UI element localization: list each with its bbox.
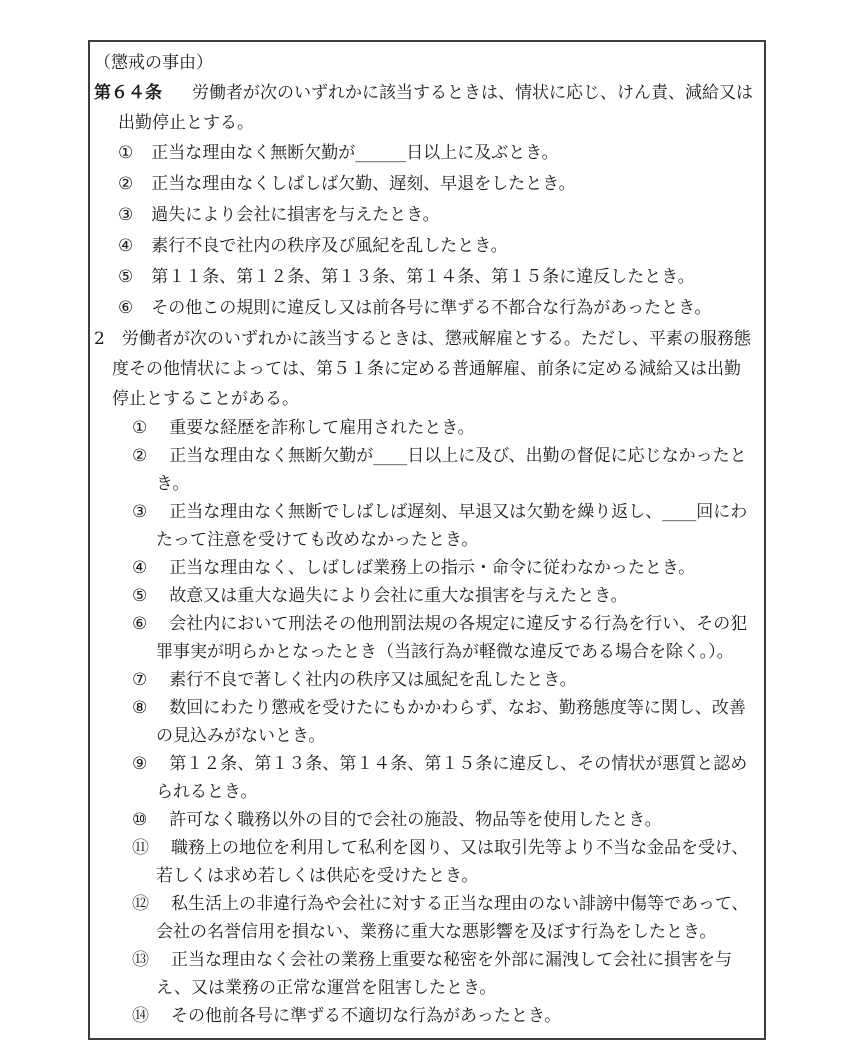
item-text: 正当な理由なくしばしば欠勤、遅刻、早退をしたとき。 xyxy=(151,174,575,194)
item-number: ⑦ xyxy=(132,670,147,690)
item-text: 許可なく職務以外の目的で会社の施設、物品等を使用したとき。 xyxy=(169,810,661,830)
item-text: 故意又は重大な過失により会社に重大な損害を与えたとき。 xyxy=(169,586,627,606)
item-number: ⑥ xyxy=(132,614,147,634)
section-heading: （懲戒の事由） xyxy=(94,48,756,78)
item-number: ① xyxy=(118,143,133,163)
clause-item: ③正当な理由なく無断でしばしば遅刻、早退又は欠勤を繰り返し、____回にわたって… xyxy=(94,498,756,554)
paragraph-number: 2 xyxy=(94,329,105,349)
clause-item: ②正当な理由なくしばしば欠勤、遅刻、早退をしたとき。 xyxy=(94,169,756,200)
article-number: 第６４条 xyxy=(94,83,162,103)
item-number: ⑤ xyxy=(118,267,133,287)
work-rules-box: （懲戒の事由） 第６４条労働者が次のいずれかに該当するときは、情状に応じ、けん責… xyxy=(88,40,766,1040)
item-text: 正当な理由なく、しばしば業務上の指示・命令に従わなかったとき。 xyxy=(169,558,695,578)
item-text: 素行不良で著しく社内の秩序又は風紀を乱したとき。 xyxy=(169,670,576,690)
item-number: ⑧ xyxy=(132,698,147,718)
item-text: 重要な経歴を詐称して雇用されたとき。 xyxy=(169,418,474,438)
clause-item: ⑤第１１条、第１２条、第１３条、第１４条、第１５条に違反したとき。 xyxy=(94,262,756,293)
item-number: ⑪ xyxy=(132,838,149,858)
item-text: 正当な理由なく無断欠勤が____日以上に及び、出勤の督促に応じなかったとき。 xyxy=(156,446,747,494)
clause-item: ②正当な理由なく無断欠勤が____日以上に及び、出勤の督促に応じなかったとき。 xyxy=(94,442,756,498)
item-text: 過失により会社に損害を与えたとき。 xyxy=(151,205,439,225)
clause-item: ⑥会社内において刑法その他刑罰法規の各規定に違反する行為を行い、その犯罪事実が明… xyxy=(94,610,756,666)
paragraph2-item-list: ①重要な経歴を詐称して雇用されたとき。 ②正当な理由なく無断欠勤が____日以上… xyxy=(94,414,756,1030)
clause-item: ①重要な経歴を詐称して雇用されたとき。 xyxy=(94,414,756,442)
clause-item: ⑬正当な理由なく会社の業務上重要な秘密を外部に漏洩して会社に損害を与え、又は業務… xyxy=(94,946,756,1002)
article-64-paragraph: 第６４条労働者が次のいずれかに該当するときは、情状に応じ、けん責、減給又は出勤停… xyxy=(94,78,756,138)
clause-item: ⑤故意又は重大な過失により会社に重大な損害を与えたとき。 xyxy=(94,582,756,610)
item-text: 素行不良で社内の秩序及び風紀を乱したとき。 xyxy=(151,236,507,256)
item-number: ④ xyxy=(118,236,133,256)
item-number: ③ xyxy=(132,502,147,522)
clause-item: ⑧数回にわたり懲戒を受けたにもかかわらず、なお、勤務態度等に関し、改善の見込みが… xyxy=(94,694,756,750)
clause-item: ④正当な理由なく、しばしば業務上の指示・命令に従わなかったとき。 xyxy=(94,554,756,582)
item-number: ⑥ xyxy=(118,298,133,318)
clause-item: ③過失により会社に損害を与えたとき。 xyxy=(94,200,756,231)
item-text: 正当な理由なく無断欠勤が______日以上に及ぶとき。 xyxy=(151,143,558,163)
paragraph-2: 2労働者が次のいずれかに該当するときは、懲戒解雇とする。ただし、平素の服務態度そ… xyxy=(94,324,756,414)
clause-item: ⑫私生活上の非違行為や会社に対する正当な理由のない誹謗中傷等であって、会社の名誉… xyxy=(94,890,756,946)
clause-item: ⑦素行不良で著しく社内の秩序又は風紀を乱したとき。 xyxy=(94,666,756,694)
item-number: ① xyxy=(132,418,147,438)
item-text: 会社内において刑法その他刑罰法規の各規定に違反する行為を行い、その犯罪事実が明ら… xyxy=(156,614,747,662)
item-number: ⑭ xyxy=(132,1006,149,1026)
item-text: 正当な理由なく無断でしばしば遅刻、早退又は欠勤を繰り返し、____回にわたって注… xyxy=(156,502,747,550)
item-text: 第１１条、第１２条、第１３条、第１４条、第１５条に違反したとき。 xyxy=(151,267,694,287)
clause-item: ④素行不良で社内の秩序及び風紀を乱したとき。 xyxy=(94,231,756,262)
item-text: その他前各号に準ずる不適切な行為があったとき。 xyxy=(171,1006,561,1026)
paragraph1-item-list: ①正当な理由なく無断欠勤が______日以上に及ぶとき。 ②正当な理由なくしばし… xyxy=(94,138,756,324)
item-number: ⑫ xyxy=(132,894,149,914)
clause-item: ①正当な理由なく無断欠勤が______日以上に及ぶとき。 xyxy=(94,138,756,169)
clause-item: ⑥その他この規則に違反し又は前各号に準ずる不都合な行為があったとき。 xyxy=(94,293,756,324)
item-number: ⑨ xyxy=(132,754,147,774)
item-number: ⑬ xyxy=(132,950,149,970)
paragraph-body: 労働者が次のいずれかに該当するときは、懲戒解雇とする。ただし、平素の服務態度その… xyxy=(112,329,751,409)
item-number: ④ xyxy=(132,558,147,578)
clause-item: ⑭その他前各号に準ずる不適切な行為があったとき。 xyxy=(94,1002,756,1030)
clause-item: ⑩許可なく職務以外の目的で会社の施設、物品等を使用したとき。 xyxy=(94,806,756,834)
item-text: 正当な理由なく会社の業務上重要な秘密を外部に漏洩して会社に損害を与え、又は業務の… xyxy=(156,950,732,998)
item-text: 職務上の地位を利用して私利を図り、又は取引先等より不当な金品を受け、若しくは求め… xyxy=(156,838,748,886)
item-number: ⑤ xyxy=(132,586,147,606)
item-number: ② xyxy=(132,446,147,466)
clause-item: ⑨第１２条、第１３条、第１４条、第１５条に違反し、その情状が悪質と認められるとき… xyxy=(94,750,756,806)
item-number: ⑩ xyxy=(132,810,147,830)
clause-item: ⑪職務上の地位を利用して私利を図り、又は取引先等より不当な金品を受け、若しくは求… xyxy=(94,834,756,890)
item-text: 第１２条、第１３条、第１４条、第１５条に違反し、その情状が悪質と認められるとき。 xyxy=(156,754,747,802)
article-body: 労働者が次のいずれかに該当するときは、情状に応じ、けん責、減給又は出勤停止とする… xyxy=(118,83,753,133)
item-number: ③ xyxy=(118,205,133,225)
item-text: その他この規則に違反し又は前各号に準ずる不都合な行為があったとき。 xyxy=(151,298,711,318)
item-number: ② xyxy=(118,174,133,194)
item-text: 私生活上の非違行為や会社に対する正当な理由のない誹謗中傷等であって、会社の名誉信… xyxy=(156,894,749,942)
item-text: 数回にわたり懲戒を受けたにもかかわらず、なお、勤務態度等に関し、改善の見込みがな… xyxy=(156,698,746,746)
